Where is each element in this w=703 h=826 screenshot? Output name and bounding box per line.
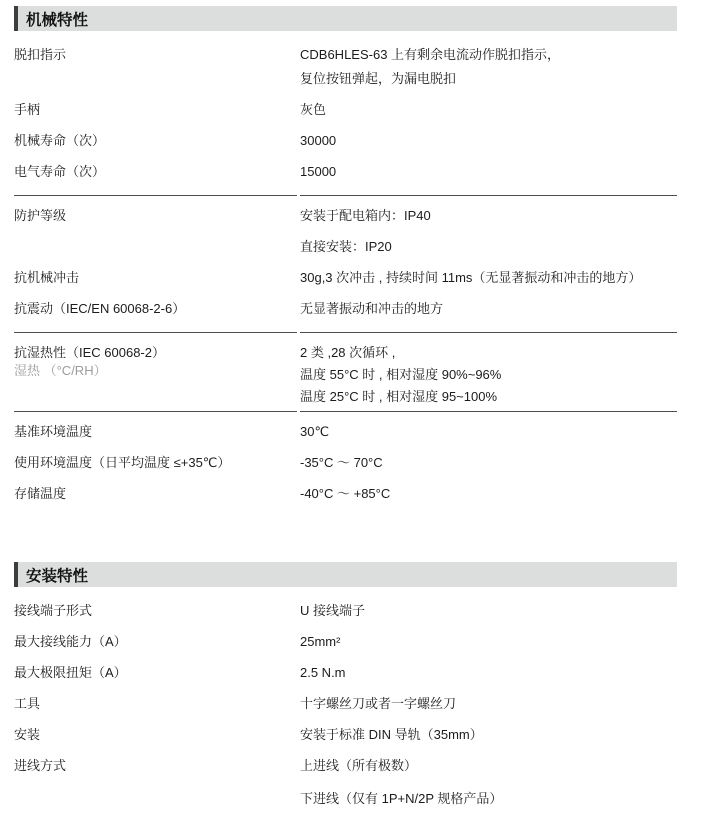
spec-value: 30000 [300, 133, 677, 149]
spec-row-damp-heat: 抗湿热性（IEC 60068-2） 湿热 （°C/RH） 2 类 ,28 次循环… [14, 345, 677, 405]
spec-value-line: 安装于配电箱内：IP40 [300, 208, 677, 224]
spec-label: 最大极限扭矩（A） [14, 665, 300, 681]
spec-value: 2 类 ,28 次循环 , 温度 55°C 时 , 相对湿度 90%~96% 温… [300, 345, 677, 405]
spec-row-mechanical-life: 机械寿命（次） 30000 [14, 133, 677, 149]
spec-value: -35°C ～ 70°C [300, 455, 677, 471]
spec-row-mounting: 安装 安装于标准 DIN 导轨（35mm） [14, 727, 677, 743]
spec-value: 安装于配电箱内：IP40 直接安装：IP20 [300, 208, 677, 255]
spec-label: 工具 [14, 696, 300, 712]
divider-segment-right [300, 195, 677, 196]
spec-value: 无显著振动和冲击的地方 [300, 301, 677, 317]
spec-value: 30g,3 次冲击 , 持续时间 11ms（无显著振动和冲击的地方） [300, 270, 677, 286]
spec-row-handle: 手柄 灰色 [14, 102, 677, 118]
spec-label: 进线方式 [14, 758, 300, 774]
spec-label: 抗湿热性（IEC 60068-2） 湿热 （°C/RH） [14, 345, 300, 379]
spec-value: 30℃ [300, 424, 677, 440]
spec-value: CDB6HLES-63 上有剩余电流动作脱扣指示， 复位按钮弹起，为漏电脱扣 [300, 47, 677, 87]
divider-segment-right [300, 411, 677, 412]
spec-row-electrical-life: 电气寿命（次） 15000 [14, 164, 677, 180]
spec-label: 接线端子形式 [14, 603, 300, 619]
spec-value: 15000 [300, 164, 677, 180]
spec-value: U 接线端子 [300, 603, 677, 619]
spec-value: 安装于标准 DIN 导轨（35mm） [300, 727, 677, 743]
section-header-installation: 安装特性 [14, 562, 677, 587]
spec-label: 电气寿命（次） [14, 164, 300, 180]
spec-label: 最大接线能力（A） [14, 634, 300, 650]
spec-label-line-muted: 湿热 （°C/RH） [14, 363, 300, 379]
spec-value-line: 复位按钮弹起，为漏电脱扣 [300, 71, 677, 87]
spec-value: 十字螺丝刀或者一字螺丝刀 [300, 696, 677, 712]
spec-label: 安装 [14, 727, 300, 743]
spec-label: 脱扣指示 [14, 47, 300, 63]
spec-value-line: 2 类 ,28 次循环 , [300, 345, 677, 361]
spec-document: 机械特性 脱扣指示 CDB6HLES-63 上有剩余电流动作脱扣指示， 复位按钮… [0, 0, 703, 807]
spec-value-line: CDB6HLES-63 上有剩余电流动作脱扣指示， [300, 47, 677, 63]
spec-row-storage-temp: 存储温度 -40°C ～ +85°C [14, 486, 677, 502]
spec-row-protection-degree: 防护等级 安装于配电箱内：IP40 直接安装：IP20 [14, 208, 677, 255]
spec-row-operating-temp: 使用环境温度（日平均温度 ≤+35℃） -35°C ～ 70°C [14, 455, 677, 471]
divider-segment-right [300, 332, 677, 333]
spec-row-mechanical-shock: 抗机械冲击 30g,3 次冲击 , 持续时间 11ms（无显著振动和冲击的地方） [14, 270, 677, 286]
spec-row-tools: 工具 十字螺丝刀或者一字螺丝刀 [14, 696, 677, 712]
spec-value-line: 下进线（仅有 1P+N/2P 规格产品） [300, 791, 677, 807]
spec-row-trip-indication: 脱扣指示 CDB6HLES-63 上有剩余电流动作脱扣指示， 复位按钮弹起，为漏… [14, 47, 677, 87]
spec-label: 使用环境温度（日平均温度 ≤+35℃） [14, 455, 300, 471]
spec-label: 存储温度 [14, 486, 300, 502]
spec-label: 抗机械冲击 [14, 270, 300, 286]
spec-value: 2.5 N.m [300, 665, 677, 681]
spec-row-max-torque: 最大极限扭矩（A） 2.5 N.m [14, 665, 677, 681]
spec-label-line: 抗湿热性（IEC 60068-2） [14, 345, 300, 361]
spec-value-line: 温度 25°C 时 , 相对湿度 95~100% [300, 389, 677, 405]
section-header-mechanical: 机械特性 [14, 6, 677, 31]
spec-value-line: 上进线（所有极数） [300, 758, 677, 774]
row-divider [14, 332, 677, 333]
spec-value-line: 温度 55°C 时 , 相对湿度 90%~96% [300, 367, 677, 383]
section-installation: 安装特性 接线端子形式 U 接线端子 最大接线能力（A） 25mm² 最大极限扭… [14, 562, 677, 807]
spec-label: 基准环境温度 [14, 424, 300, 440]
spec-row-vibration: 抗震动（IEC/EN 60068-2-6） 无显著振动和冲击的地方 [14, 301, 677, 317]
spec-value: 25mm² [300, 634, 677, 650]
divider-segment-left [14, 195, 297, 196]
divider-segment-left [14, 411, 297, 412]
spec-row-reference-temp: 基准环境温度 30℃ [14, 424, 677, 440]
section-title-installation: 安装特性 [26, 564, 88, 586]
section-mechanical: 机械特性 脱扣指示 CDB6HLES-63 上有剩余电流动作脱扣指示， 复位按钮… [14, 6, 677, 502]
row-divider [14, 411, 677, 412]
spec-label: 抗震动（IEC/EN 60068-2-6） [14, 301, 300, 317]
spec-value: -40°C ～ +85°C [300, 486, 677, 502]
section-title-mechanical: 机械特性 [26, 8, 88, 30]
spec-value: 上进线（所有极数） 下进线（仅有 1P+N/2P 规格产品） [300, 758, 677, 807]
spec-label: 手柄 [14, 102, 300, 118]
spec-row-wire-entry: 进线方式 上进线（所有极数） 下进线（仅有 1P+N/2P 规格产品） [14, 758, 677, 807]
divider-segment-left [14, 332, 297, 333]
row-divider [14, 195, 677, 196]
spec-label: 防护等级 [14, 208, 300, 224]
spec-label: 机械寿命（次） [14, 133, 300, 149]
spec-value-line: 直接安装：IP20 [300, 239, 677, 255]
spec-row-max-wiring-capacity: 最大接线能力（A） 25mm² [14, 634, 677, 650]
spec-row-terminal-type: 接线端子形式 U 接线端子 [14, 603, 677, 619]
spec-value: 灰色 [300, 102, 677, 118]
